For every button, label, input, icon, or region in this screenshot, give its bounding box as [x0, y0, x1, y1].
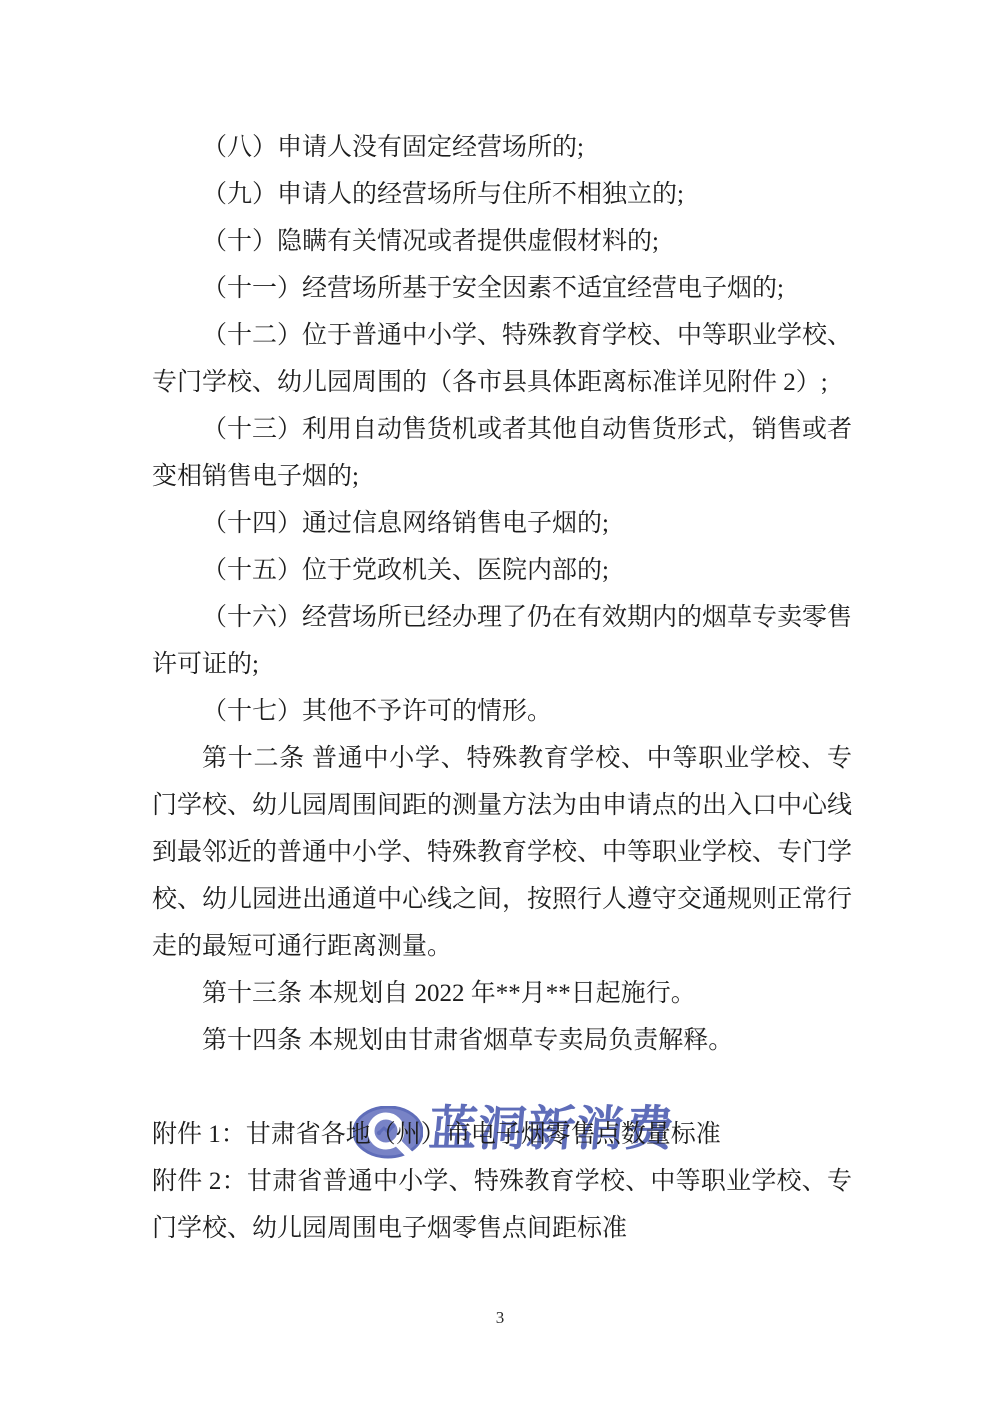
clause-item-13: （十三）利用自动售货机或者其他自动售货形式，销售或者变相销售电子烟的;	[152, 406, 852, 500]
clause-item-11: （十一）经营场所基于安全因素不适宜经营电子烟的;	[152, 265, 852, 312]
clause-item-16: （十六）经营场所已经办理了仍在有效期内的烟草专卖零售许可证的;	[152, 594, 852, 688]
document-page: 蓝洞新消费 （八）申请人没有固定经营场所的;（九）申请人的经营场所与住所不相独立…	[0, 0, 1000, 1413]
page-number: 3	[0, 1306, 1000, 1330]
document-body: （八）申请人没有固定经营场所的;（九）申请人的经营场所与住所不相独立的;（十）隐…	[152, 124, 852, 1252]
clause-item-17: （十七）其他不予许可的情形。	[152, 688, 852, 735]
attachment-2: 附件 2：甘肃省普通中小学、特殊教育学校、中等职业学校、专门学校、幼儿园周围电子…	[152, 1158, 852, 1252]
clause-item-14: （十四）通过信息网络销售电子烟的;	[152, 500, 852, 547]
article-14: 第十四条 本规划由甘肃省烟草专卖局负责解释。	[152, 1017, 852, 1064]
attachment-1: 附件 1：甘肃省各地（州）市电子烟零售点数量标准	[152, 1111, 852, 1158]
clause-item-8: （八）申请人没有固定经营场所的;	[152, 124, 852, 171]
article-12: 第十二条 普通中小学、特殊教育学校、中等职业学校、专门学校、幼儿园周围间距的测量…	[152, 735, 852, 970]
clause-item-10: （十）隐瞒有关情况或者提供虚假材料的;	[152, 218, 852, 265]
clause-item-9: （九）申请人的经营场所与住所不相独立的;	[152, 171, 852, 218]
clause-item-15: （十五）位于党政机关、医院内部的;	[152, 547, 852, 594]
clause-item-12: （十二）位于普通中小学、特殊教育学校、中等职业学校、专门学校、幼儿园周围的（各市…	[152, 312, 852, 406]
article-13: 第十三条 本规划自 2022 年**月**日起施行。	[152, 970, 852, 1017]
